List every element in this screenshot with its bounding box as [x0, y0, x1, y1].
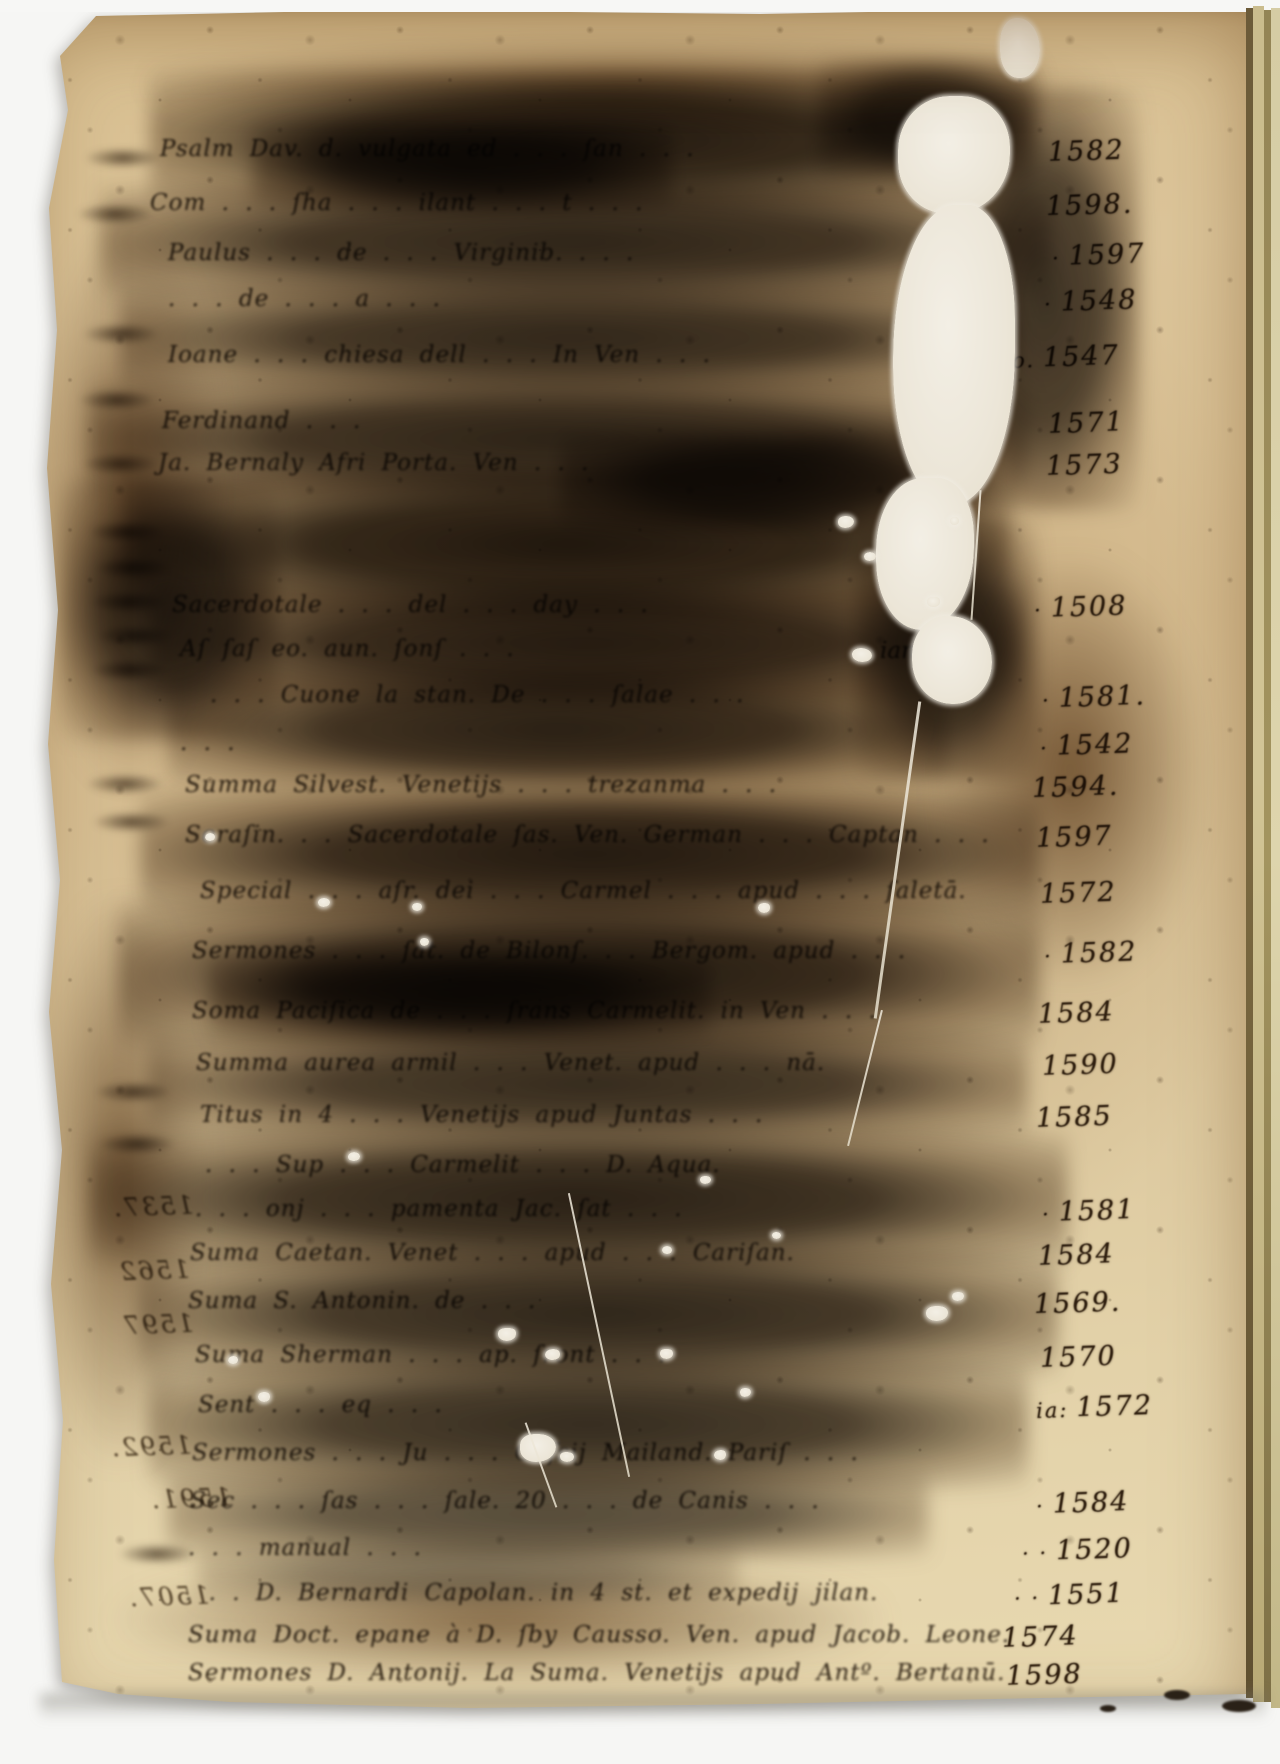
paper-hole [772, 1232, 781, 1239]
leader-dots: ia: [1036, 1398, 1069, 1423]
manuscript-photo: 1537.156215971592.1591.1507. Psalm Dav. … [0, 0, 1280, 1764]
scorch-halo [120, 1560, 880, 1680]
leader-dots: · · [1022, 1541, 1049, 1566]
burn-mark [252, 120, 672, 210]
year-label: 1598 [1005, 1659, 1083, 1693]
background-top-strip [0, 0, 1280, 12]
paper-hole [560, 1452, 574, 1462]
year-label: ·1584 [1035, 1486, 1129, 1520]
paper-hole [412, 903, 422, 911]
paper-hole [714, 1450, 726, 1460]
paper-hole [662, 1246, 672, 1254]
scorch-halo [40, 220, 220, 780]
leader-dots: · [1036, 1494, 1046, 1518]
edge-fleck [1222, 1700, 1256, 1712]
burn-mark [210, 950, 710, 1040]
paper-hole [852, 648, 872, 662]
book-fore-edge-leaf-3 [1271, 8, 1280, 1708]
paper-hole [952, 1292, 964, 1301]
paper-hole [926, 1306, 948, 1321]
paper-hole [318, 898, 330, 907]
year-label: · ·1520 [1021, 1533, 1133, 1568]
paper-hole [205, 833, 215, 841]
book-fore-edge-leaf-2 [1264, 10, 1271, 1702]
year-label: 1584 [1037, 997, 1115, 1031]
page-wrap: 1537.156215971592.1591.1507. Psalm Dav. … [0, 0, 1280, 1764]
paper-hole [228, 1356, 238, 1364]
burn-mark [148, 1028, 1028, 1140]
leader-dots: · · [1014, 1586, 1041, 1611]
book-fore-edge-leaf-1 [1253, 6, 1264, 1702]
edge-fleck [1164, 1690, 1190, 1700]
year-label: 1574 [1001, 1621, 1079, 1655]
parchment-page: 1537.156215971592.1591.1507. Psalm Dav. … [0, 0, 1280, 1764]
scorch-halo [940, 560, 1200, 980]
year-label: · ·1551 [1013, 1578, 1125, 1613]
paper-hole [545, 1349, 560, 1360]
paper-hole [912, 616, 992, 704]
page-bottom-shadow [40, 1694, 1265, 1720]
paper-hole [898, 96, 1010, 214]
paper-hole [893, 205, 1015, 505]
year-label: 1590 [1041, 1049, 1119, 1083]
paper-hole [758, 903, 770, 913]
paper-hole [258, 1392, 270, 1402]
burn-mark [168, 668, 948, 790]
edge-fleck [1100, 1705, 1116, 1712]
paper-hole [864, 552, 876, 561]
paper-hole [348, 1152, 360, 1161]
book-fore-edge-shadow [1246, 8, 1253, 1698]
scorch-halo [40, 900, 200, 1460]
year-label: ia:1572 [1035, 1390, 1153, 1425]
paper-hole [498, 1328, 516, 1341]
paper-hole [1000, 18, 1040, 78]
